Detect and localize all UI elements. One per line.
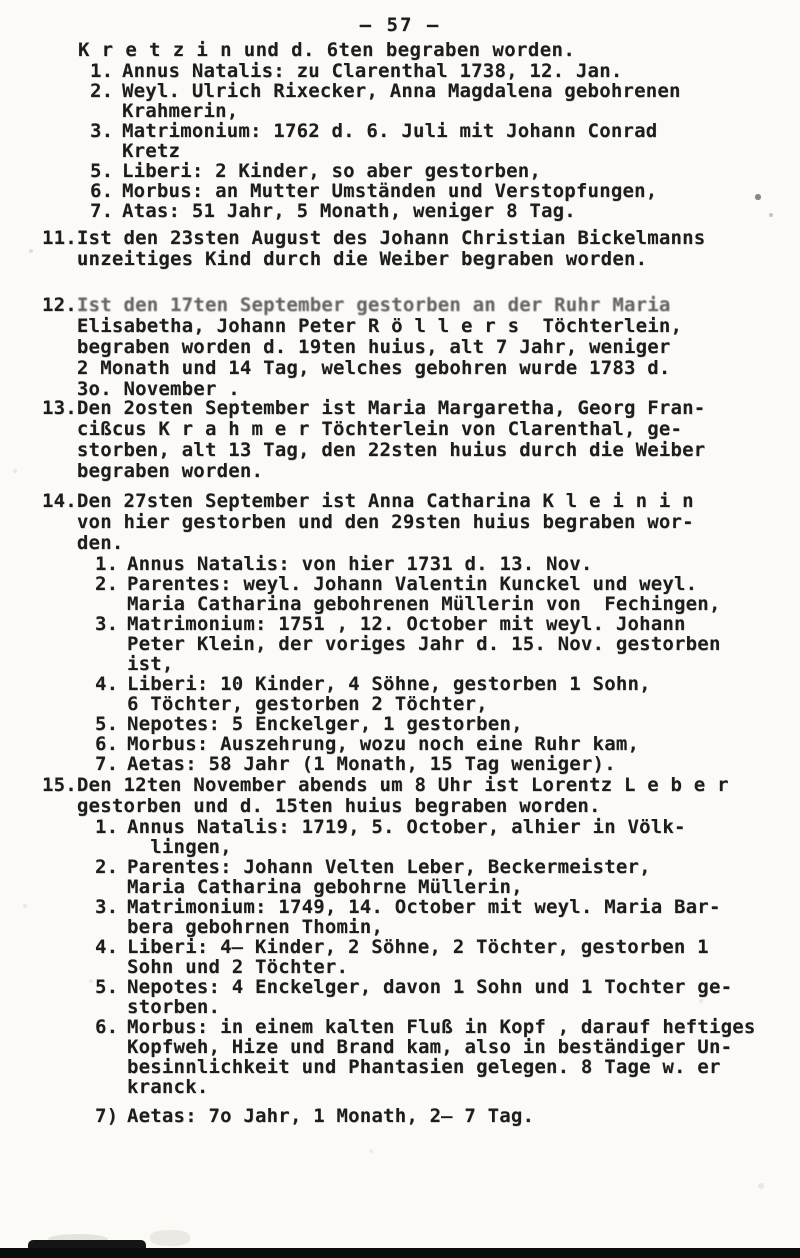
- sub-item: 5.Nepotes: 5 Enckelger, 1 gestorben,: [0, 714, 800, 734]
- entry-number: 12.: [42, 295, 77, 400]
- entry-line: gestorben und d. 15ten huius begraben wo…: [77, 796, 729, 817]
- entry-lines: Den 12ten November abends um 8 Uhr ist L…: [77, 775, 729, 817]
- sub-item: 3.Matrimonium: 1751 , 12. October mit we…: [0, 614, 800, 674]
- entry-line: begraben worden.: [77, 461, 706, 482]
- entry-number: 15.: [42, 775, 77, 817]
- sub-item-number: 6.: [95, 1017, 127, 1097]
- sub-item-line: Parentes: Johann Velten Leber, Beckermei…: [127, 857, 651, 877]
- sub-item-lines: Parentes: weyl. Johann Valentin Kunckel …: [127, 574, 721, 614]
- sub-item-number: 1.: [95, 554, 127, 574]
- entry-row: 14.Den 27sten September ist Anna Cathari…: [0, 491, 800, 554]
- sub-item: 5.Nepotes: 4 Enckelger, davon 1 Sohn und…: [0, 977, 800, 1017]
- sub-item-lines: Aetas: 58 Jahr (1 Monath, 15 Tag weniger…: [127, 754, 616, 774]
- entry-line: 2 Monath und 14 Tag, welches gebohren wu…: [77, 358, 682, 379]
- sub-item-line: Annus Natalis: von hier 1731 d. 13. Nov.: [127, 554, 593, 574]
- sub-item-lines: Liberi: 10 Kinder, 4 Söhne, gestorben 1 …: [127, 674, 651, 714]
- sub-item-lines: Annus Natalis: 1719, 5. October, alhier …: [127, 817, 686, 857]
- sub-item-number: 4.: [95, 937, 127, 977]
- entry-title: K r e t z i n und d. 6ten begraben worde…: [78, 40, 800, 61]
- entry-line: Ist den 23sten August des Johann Christi…: [77, 228, 706, 249]
- item-number: 1.: [90, 61, 122, 81]
- entry-number: 14.: [42, 491, 77, 554]
- sub-item: 2.Parentes: Johann Velten Leber, Beckerm…: [0, 857, 800, 897]
- entry-line: Den 2osten September ist Maria Margareth…: [77, 398, 706, 419]
- entry-number: 11.: [42, 228, 77, 270]
- sub-item-line: Nepotes: 5 Enckelger, 1 gestorben,: [127, 714, 523, 734]
- sub-item-line: Morbus: in einem kalten Fluß in Kopf , d…: [127, 1017, 756, 1037]
- entry-block: 13.Den 2osten September ist Maria Margar…: [0, 398, 800, 482]
- sub-item-number: 6.: [95, 734, 127, 754]
- list-item: 7.Atas: 51 Jahr, 5 Monath, weniger 8 Tag…: [0, 201, 800, 221]
- sub-item-lines: Nepotes: 5 Enckelger, 1 gestorben,: [127, 714, 523, 734]
- scan-speckles: [0, 0, 2, 2]
- item-number: 7.: [90, 201, 122, 221]
- list-item: 2.Weyl. Ulrich Rixecker, Anna Magdalena …: [0, 81, 800, 121]
- sub-item-number: 5.: [95, 977, 127, 1017]
- sub-item-number: 2.: [95, 857, 127, 897]
- item-number: 2.: [90, 81, 122, 121]
- entry-block: 14.Den 27sten September ist Anna Cathari…: [0, 491, 800, 774]
- sub-item-lines: Matrimonium: 1751 , 12. October mit weyl…: [127, 614, 721, 674]
- entry-line: Den 12ten November abends um 8 Uhr ist L…: [77, 775, 729, 796]
- sub-item-lines: Morbus: Auszehrung, wozu noch eine Ruhr …: [127, 734, 639, 754]
- entry-line: storben, alt 13 Tag, den 22sten huius du…: [77, 440, 706, 461]
- item-line: Atas: 51 Jahr, 5 Monath, weniger 8 Tag.: [122, 201, 576, 221]
- sub-item-line: Matrimonium: 1751 , 12. October mit weyl…: [127, 614, 721, 634]
- entry-line: Den 27sten September ist Anna Catharina …: [77, 491, 694, 512]
- item-line: Kretz: [122, 141, 657, 161]
- sub-item-number: 3.: [95, 897, 127, 937]
- item-line: Morbus: an Mutter Umständen und Verstopf…: [122, 181, 657, 201]
- entry-line: Ist den 17ten September gestorben an der…: [77, 295, 682, 316]
- sub-item-line: Aetas: 7o Jahr, 1 Monath, 2̶ 7 Tag.: [127, 1106, 534, 1126]
- list-item: 3.Matrimonium: 1762 d. 6. Juli mit Johan…: [0, 121, 800, 161]
- item-number: 6.: [90, 181, 122, 201]
- entry-lines: Ist den 23sten August des Johann Christi…: [77, 228, 706, 270]
- sub-item: 1.Annus Natalis: 1719, 5. October, alhie…: [0, 817, 800, 857]
- item-lines: Liberi: 2 Kinder, so aber gestorben,: [122, 161, 541, 181]
- sub-item: 3.Matrimonium: 1749, 14. October mit wey…: [0, 897, 800, 937]
- sub-item-line: Liberi: 10 Kinder, 4 Söhne, gestorben 1 …: [127, 674, 651, 694]
- sub-item: 2.Parentes: weyl. Johann Valentin Kuncke…: [0, 574, 800, 614]
- sub-item: 4.Liberi: 4̶ Kinder, 2 Söhne, 2 Töchter,…: [0, 937, 800, 977]
- sub-item-line: Liberi: 4̶ Kinder, 2 Söhne, 2 Töchter, g…: [127, 937, 709, 957]
- sub-item-lines: Matrimonium: 1749, 14. October mit weyl.…: [127, 897, 721, 937]
- intro-continuation-block: K r e t z i n und d. 6ten begraben worde…: [0, 40, 800, 221]
- item-lines: Atas: 51 Jahr, 5 Monath, weniger 8 Tag.: [122, 201, 576, 221]
- sub-item-number: 2.: [95, 574, 127, 614]
- item-line: Annus Natalis: zu Clarenthal 1738, 12. J…: [122, 61, 622, 81]
- sub-item: 4.Liberi: 10 Kinder, 4 Söhne, gestorben …: [0, 674, 800, 714]
- sub-item: 7)Aetas: 7o Jahr, 1 Monath, 2̶ 7 Tag.: [0, 1106, 800, 1126]
- sub-item-line: Annus Natalis: 1719, 5. October, alhier …: [127, 817, 686, 837]
- sub-item-number: 1.: [95, 817, 127, 857]
- sub-item-line: ist,: [127, 654, 721, 674]
- sub-item-number: 4.: [95, 674, 127, 714]
- entry-block: 15.Den 12ten November abends um 8 Uhr is…: [0, 775, 800, 1126]
- item-lines: Weyl. Ulrich Rixecker, Anna Magdalena ge…: [122, 81, 681, 121]
- item-line: Matrimonium: 1762 d. 6. Juli mit Johann …: [122, 121, 657, 141]
- sub-item-line: lingen,: [127, 837, 686, 857]
- entry-row: 15.Den 12ten November abends um 8 Uhr is…: [0, 775, 800, 817]
- entry-line: von hier gestorben und den 29sten huius …: [77, 512, 694, 533]
- sub-item-line: Morbus: Auszehrung, wozu noch eine Ruhr …: [127, 734, 639, 754]
- entry-line: unzeitiges Kind durch die Weiber begrabe…: [77, 249, 706, 270]
- sub-item-line: storben.: [127, 997, 732, 1017]
- sub-item-line: Peter Klein, der voriges Jahr d. 15. Nov…: [127, 634, 721, 654]
- sub-item-number: 7.: [95, 754, 127, 774]
- sub-item-line: besinnlichkeit und Phantasien gelegen. 8…: [127, 1057, 756, 1077]
- sub-item: 1.Annus Natalis: von hier 1731 d. 13. No…: [0, 554, 800, 574]
- sub-item-line: Maria Catharina gebohrenen Müllerin von …: [127, 594, 721, 614]
- entry-lines: Den 27sten September ist Anna Catharina …: [77, 491, 694, 554]
- sub-item: 6.Morbus: in einem kalten Fluß in Kopf ,…: [0, 1017, 800, 1097]
- sub-item: 6.Morbus: Auszehrung, wozu noch eine Ruh…: [0, 734, 800, 754]
- item-line: Weyl. Ulrich Rixecker, Anna Magdalena ge…: [122, 81, 681, 101]
- sub-item-lines: Morbus: in einem kalten Fluß in Kopf , d…: [127, 1017, 756, 1097]
- item-number: 5.: [90, 161, 122, 181]
- sub-item-line: Kopfweh, Hize und Brand kam, also in bes…: [127, 1037, 756, 1057]
- item-number: 3.: [90, 121, 122, 161]
- sub-item-line: Matrimonium: 1749, 14. October mit weyl.…: [127, 897, 721, 917]
- entry-number: 13.: [42, 398, 77, 482]
- sub-item-number: 7): [95, 1106, 127, 1126]
- scanned-register-page: – 57 – K r e t z i n und d. 6ten begrabe…: [0, 0, 800, 1258]
- list-item: 6.Morbus: an Mutter Umständen und Versto…: [0, 181, 800, 201]
- list-item: 5.Liberi: 2 Kinder, so aber gestorben,: [0, 161, 800, 181]
- entry-row: 13.Den 2osten September ist Maria Margar…: [0, 398, 800, 482]
- entry-line: Elisabetha, Johann Peter R ö l l e r s T…: [77, 316, 682, 337]
- item-line: Krahmerin,: [122, 101, 681, 121]
- sub-item-line: Parentes: weyl. Johann Valentin Kunckel …: [127, 574, 721, 594]
- sub-item-line: Sohn und 2 Töchter.: [127, 957, 709, 977]
- sub-item-number: 3.: [95, 614, 127, 674]
- sub-item-line: Aetas: 58 Jahr (1 Monath, 15 Tag weniger…: [127, 754, 616, 774]
- sub-item-line: 6 Töchter, gestorben 2 Töchter,: [127, 694, 651, 714]
- item-line: Liberi: 2 Kinder, so aber gestorben,: [122, 161, 541, 181]
- item-lines: Matrimonium: 1762 d. 6. Juli mit Johann …: [122, 121, 657, 161]
- sub-item-line: bera gebohrnen Thomin,: [127, 917, 721, 937]
- sub-item-lines: Nepotes: 4 Enckelger, davon 1 Sohn und 1…: [127, 977, 732, 1017]
- scan-bottom-bar: [0, 1248, 800, 1258]
- sub-item-line: Maria Catharina gebohrne Müllerin,: [127, 877, 651, 897]
- sub-item-lines: Aetas: 7o Jahr, 1 Monath, 2̶ 7 Tag.: [127, 1106, 534, 1126]
- entry-row: 11.Ist den 23sten August des Johann Chri…: [0, 228, 800, 270]
- sub-item-line: kranck.: [127, 1077, 756, 1097]
- entry-lines: Den 2osten September ist Maria Margareth…: [77, 398, 706, 482]
- entry-row: 12.Ist den 17ten September gestorben an …: [0, 295, 800, 400]
- sub-item-lines: Parentes: Johann Velten Leber, Beckermei…: [127, 857, 651, 897]
- list-item: 1.Annus Natalis: zu Clarenthal 1738, 12.…: [0, 61, 800, 81]
- entry-block: 12.Ist den 17ten September gestorben an …: [0, 295, 800, 400]
- item-lines: Annus Natalis: zu Clarenthal 1738, 12. J…: [122, 61, 622, 81]
- entry-line: den.: [77, 533, 694, 554]
- entry-line: begraben worden d. 19ten huius, alt 7 Ja…: [77, 337, 682, 358]
- entry-lines: Ist den 17ten September gestorben an der…: [77, 295, 682, 400]
- scan-smudge: [150, 1230, 190, 1246]
- sub-item-lines: Annus Natalis: von hier 1731 d. 13. Nov.: [127, 554, 593, 574]
- entry-block: 11.Ist den 23sten August des Johann Chri…: [0, 228, 800, 270]
- entry-line: cißcus K r a h m e r Töchterlein von Cla…: [77, 419, 706, 440]
- item-lines: Morbus: an Mutter Umständen und Verstopf…: [122, 181, 657, 201]
- page-number: – 57 –: [0, 14, 800, 36]
- sub-item-lines: Liberi: 4̶ Kinder, 2 Söhne, 2 Töchter, g…: [127, 937, 709, 977]
- sub-item-number: 5.: [95, 714, 127, 734]
- sub-item: 7.Aetas: 58 Jahr (1 Monath, 15 Tag wenig…: [0, 754, 800, 774]
- sub-item-line: Nepotes: 4 Enckelger, davon 1 Sohn und 1…: [127, 977, 732, 997]
